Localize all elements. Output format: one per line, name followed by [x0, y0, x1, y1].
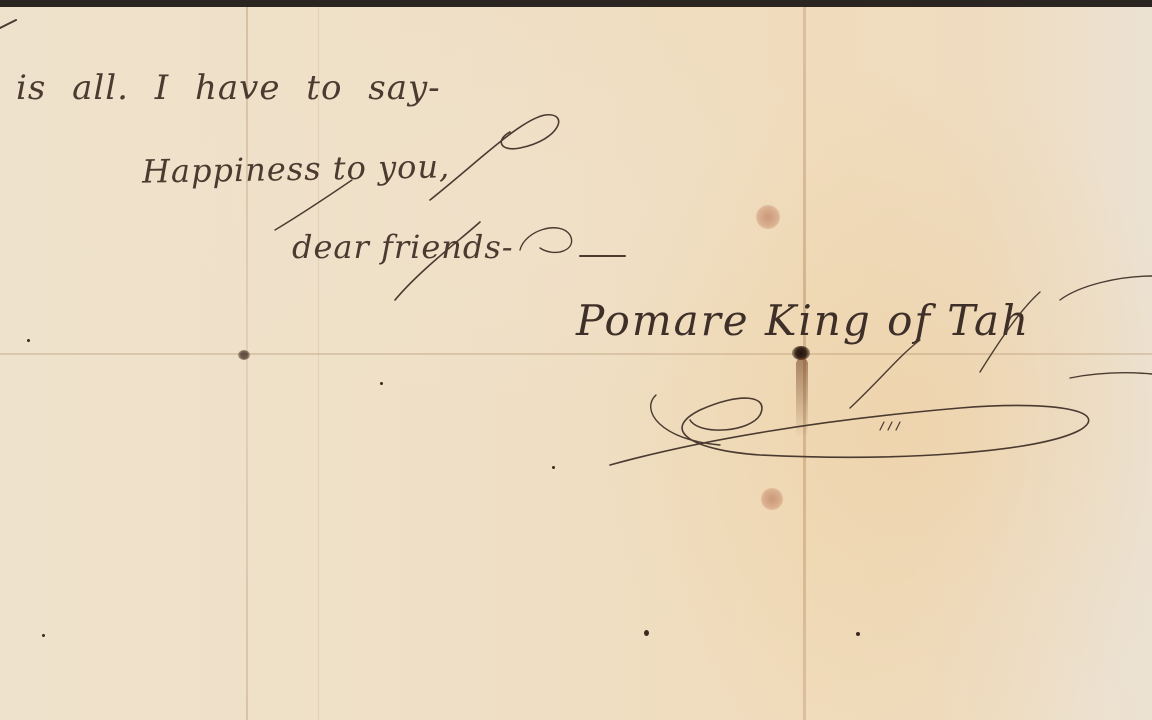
speck — [380, 382, 383, 385]
letter-page — [0, 6, 1152, 720]
speck — [552, 466, 555, 469]
scan-border — [0, 0, 1152, 7]
fold-line — [0, 353, 1152, 355]
speck — [27, 339, 30, 342]
letter-line: Happiness to you, — [142, 147, 451, 190]
speck — [856, 632, 860, 636]
letter-line: dear friends- — [292, 228, 514, 266]
signature: Pomare King of Tah — [576, 296, 1030, 345]
speck — [644, 630, 649, 636]
pinhole — [238, 350, 250, 360]
speck — [42, 634, 45, 637]
foxing-spot — [761, 488, 783, 510]
ink-stain — [796, 358, 808, 438]
document-viewer: is all. I have to say- Happiness to you,… — [0, 0, 1152, 720]
letter-line: is all. I have to say- — [16, 68, 441, 108]
fold-line — [318, 6, 319, 720]
foxing-spot — [756, 205, 780, 229]
fold-line — [246, 6, 248, 720]
